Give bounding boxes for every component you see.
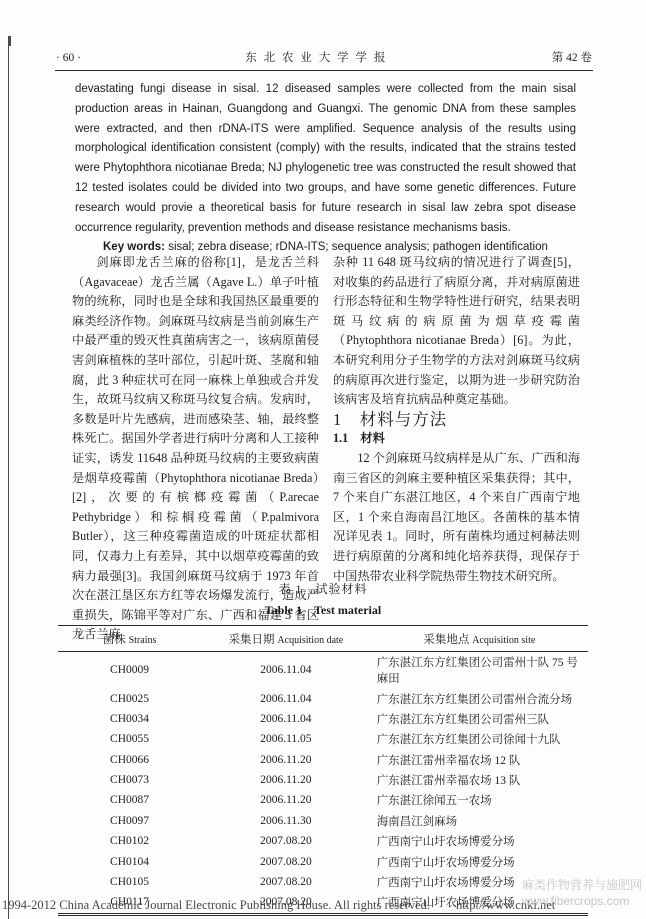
table-header-row: 菌株 Strains 采集日期 Acquisition date 采集地点 Ac… (58, 626, 588, 652)
section-1-1-heading: 1.1 材料 (333, 429, 580, 449)
journal-title: 东 北 农 业 大 学 学 报 (245, 49, 387, 65)
table-caption-en: Table 1 Test material (0, 601, 646, 618)
strain-cell: CH0009 (58, 652, 201, 689)
table-row: CH0097 2006.11.30 海南昌江剑麻场 (58, 811, 588, 831)
page-number: · 60 · (56, 52, 81, 64)
intro-paragraph-continued: 杂种 11 648 斑马纹病的情况进行了调查[5]，对收集的药品进行了病原分离，… (333, 253, 580, 410)
header-rule (55, 70, 593, 71)
table-caption-cn: 表 1 试验材料 (0, 580, 646, 597)
site-cell: 广西南宁山圩农场博爱分场 (371, 831, 588, 851)
date-cell: 2007.08.20 (201, 872, 371, 892)
date-cell: 2006.11.05 (201, 729, 371, 749)
table-captions: 表 1 试验材料 Table 1 Test material (0, 580, 646, 618)
strain-cell: CH0087 (58, 790, 201, 810)
keywords-text: sisal; zebra disease; rDNA-ITS; sequence… (165, 241, 548, 253)
strain-cell: CH0097 (58, 811, 201, 831)
site-cell: 广东湛江东方红集团公司雷州合流分场 (371, 688, 588, 708)
site-cell: 海南昌江剑麻场 (371, 811, 588, 831)
site-cell: 广东湛江雷州幸福农场 13 队 (371, 770, 588, 790)
table-row: CH0073 2006.11.20 广东湛江雷州幸福农场 13 队 (58, 770, 588, 790)
site-cell: 广东湛江东方红集团公司徐闻十九队 (371, 729, 588, 749)
section-1-heading: 1 材料与方法 (333, 410, 580, 430)
strain-cell: CH0073 (58, 770, 201, 790)
strain-cell: CH0034 (58, 709, 201, 729)
date-cell: 2006.11.04 (201, 688, 371, 708)
date-cell: 2007.08.20 (201, 831, 371, 851)
copyright-line: 1994-2012 China Academic Journal Electro… (2, 898, 555, 913)
table-row: CH0105 2007.08.20 广西南宁山圩农场博爱分场 (58, 872, 588, 892)
strain-cell: CH0104 (58, 851, 201, 871)
date-cell: 2006.11.20 (201, 750, 371, 770)
table-row: CH0066 2006.11.20 广东湛江雷州幸福农场 12 队 (58, 750, 588, 770)
strain-cell: CH0066 (58, 750, 201, 770)
materials-paragraph: 12 个剑麻斑马纹病样是从广东、广西和海南三省区的剑麻主要种植区采集获得；其中，… (333, 449, 580, 586)
test-material-table: 菌株 Strains 采集日期 Acquisition date 采集地点 Ac… (58, 625, 588, 916)
site-cell: 广东湛江东方红集团公司雷州三队 (371, 709, 588, 729)
abstract-body: devastating fungi disease in sisal. 12 d… (75, 80, 576, 238)
date-cell: 2006.11.04 (201, 652, 371, 689)
scan-edge-line (8, 36, 9, 919)
table-row: CH0034 2006.11.04 广东湛江东方红集团公司雷州三队 (58, 709, 588, 729)
site-cell: 广东湛江徐闻五一农场 (371, 790, 588, 810)
table-row: CH0009 2006.11.04 广东湛江东方红集团公司雷州十队 75 号麻田 (58, 652, 588, 689)
site-cell: 广东湛江雷州幸福农场 12 队 (371, 750, 588, 770)
column-header-site: 采集地点 Acquisition site (371, 626, 588, 652)
date-cell: 2006.11.30 (201, 811, 371, 831)
volume-label: 第 42 卷 (552, 49, 592, 65)
copyright-text: 1994-2012 China Academic Journal Electro… (2, 898, 430, 912)
english-abstract: devastating fungi disease in sisal. 12 d… (75, 80, 576, 258)
table-row: CH0055 2006.11.05 广东湛江东方红集团公司徐闻十九队 (58, 729, 588, 749)
watermark-line-2: www.fibercrops.com (522, 893, 642, 909)
site-watermark: 麻类作物营养与施肥网 www.fibercrops.com (522, 877, 642, 909)
table-row: CH0025 2006.11.04 广东湛江东方红集团公司雷州合流分场 (58, 688, 588, 708)
table-row: CH0087 2006.11.20 广东湛江徐闻五一农场 (58, 790, 588, 810)
scanned-paper-page: · 60 · 东 北 农 业 大 学 学 报 第 42 卷 devastatin… (0, 0, 646, 919)
strain-cell: CH0105 (58, 872, 201, 892)
date-cell: 2006.11.04 (201, 709, 371, 729)
date-cell: 2006.11.20 (201, 770, 371, 790)
strain-cell: CH0102 (58, 831, 201, 851)
table-row: CH0102 2007.08.20 广西南宁山圩农场博爱分场 (58, 831, 588, 851)
running-head: · 60 · 东 北 农 业 大 学 学 报 第 42 卷 (56, 49, 592, 65)
watermark-line-1: 麻类作物营养与施肥网 (522, 877, 642, 893)
table-row: CH0104 2007.08.20 广西南宁山圩农场博爱分场 (58, 851, 588, 871)
table-body: CH0009 2006.11.04 广东湛江东方红集团公司雷州十队 75 号麻田… (58, 652, 588, 915)
site-cell: 广东湛江东方红集团公司雷州十队 75 号麻田 (371, 652, 588, 689)
date-cell: 2006.11.20 (201, 790, 371, 810)
strain-cell: CH0025 (58, 688, 201, 708)
strain-cell: CH0055 (58, 729, 201, 749)
column-header-strains: 菌株 Strains (58, 626, 201, 652)
site-cell: 广西南宁山圩农场博爱分场 (371, 851, 588, 871)
column-header-date: 采集日期 Acquisition date (201, 626, 371, 652)
keywords-label: Key words: (103, 241, 165, 253)
date-cell: 2007.08.20 (201, 851, 371, 871)
